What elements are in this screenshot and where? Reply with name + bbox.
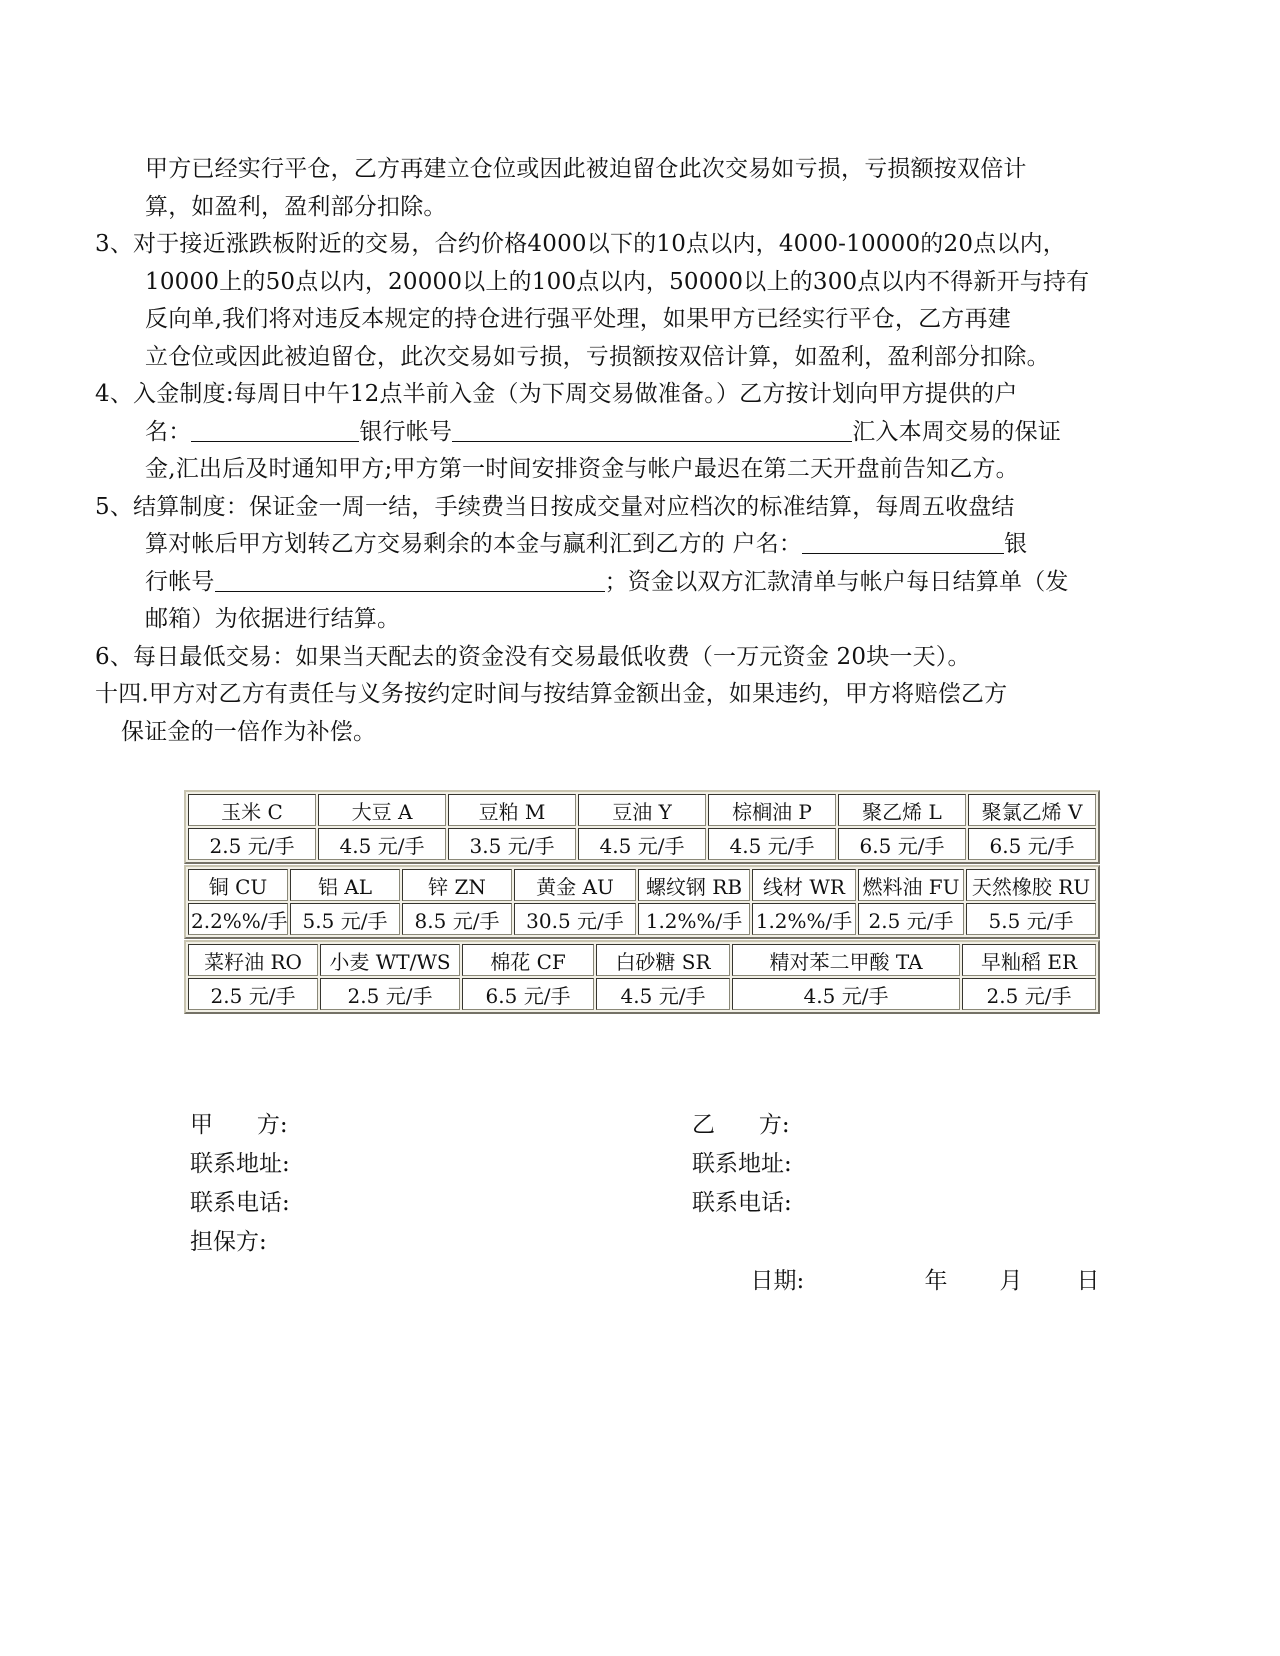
- party-b-phone-label: 联系电话:: [692, 1184, 1100, 1223]
- party-a-phone-label: 联系电话:: [190, 1184, 290, 1223]
- table-cell: 锌 ZN: [402, 869, 512, 901]
- table-cell: 精对苯二甲酸 TA: [732, 944, 960, 976]
- text-fragment: 银: [1004, 531, 1027, 557]
- party-b-column: 乙 方: 联系地址: 联系电话: 日期:年月日: [692, 1106, 1100, 1262]
- table-cell: 8.5 元/手: [402, 903, 512, 935]
- table-cell: 6.5 元/手: [462, 978, 594, 1010]
- table-cell: 菜籽油 RO: [188, 944, 318, 976]
- table-row-contract-names: 菜籽油 RO 小麦 WT/WS 棉花 CF 白砂糖 SR 精对苯二甲酸 TA 早…: [188, 944, 1096, 976]
- table-cell: 2.5 元/手: [320, 978, 460, 1010]
- party-a-label: 甲 方:: [190, 1106, 290, 1145]
- table-cell: 棉花 CF: [462, 944, 594, 976]
- table-cell: 4.5 元/手: [596, 978, 730, 1010]
- clause-4-deposit: 4、入金制度:每周日中午12点半前入金（为下周交易做准备。）乙方按计划向甲方提供…: [95, 376, 1105, 489]
- article-14-withdrawal: 十四.甲方对乙方有责任与义务按约定时间与按结算金额出金，如果违约，甲方将赔偿乙方…: [95, 676, 1105, 751]
- table-row-fees: 2.2%%/手 5.5 元/手 8.5 元/手 30.5 元/手 1.2%%/手…: [188, 903, 1096, 935]
- table-cell: 聚乙烯 L: [838, 794, 966, 826]
- bank-account-label: 银行帐号: [359, 419, 452, 445]
- table-cell: 2.5 元/手: [188, 978, 318, 1010]
- text-line: 4、入金制度:每周日中午12点半前入金（为下周交易做准备。）乙方按计划向甲方提供…: [95, 376, 1105, 414]
- clause-3-limit-trading: 3、对于接近涨跌板附近的交易，合约价格4000以下的10点以内，4000-100…: [95, 226, 1105, 376]
- text-line: 立仓位或因此被迫留仓，此次交易如亏损，亏损额按双倍计算，如盈利，盈利部分扣除。: [95, 339, 1105, 377]
- table-cell: 豆粕 M: [448, 794, 576, 826]
- table-cell: 5.5 元/手: [966, 903, 1096, 935]
- year-label: 年: [925, 1262, 1000, 1301]
- table-cell: 豆油 Y: [578, 794, 706, 826]
- clause-6-minimum-trade: 6、每日最低交易：如果当天配去的资金没有交易最低收费（一万元资金 20块一天）。: [95, 639, 1105, 677]
- month-label: 月: [1000, 1262, 1077, 1301]
- table-cell: 1.2%%/手: [752, 903, 856, 935]
- table-cell: 30.5 元/手: [514, 903, 636, 935]
- guarantor-label: 担保方:: [190, 1223, 290, 1262]
- table-cell: 铝 AL: [290, 869, 400, 901]
- table-cell: 6.5 元/手: [838, 828, 966, 860]
- party-a-address-label: 联系地址:: [190, 1145, 290, 1184]
- table-cell: 4.5 元/手: [708, 828, 836, 860]
- table-cell: 2.2%%/手: [188, 903, 288, 935]
- date-row: 日期:年月日: [692, 1223, 1100, 1262]
- table-cell: 螺纹钢 RB: [638, 869, 750, 901]
- table-cell: 早籼稻 ER: [962, 944, 1096, 976]
- contract-page: 甲方已经实行平仓，乙方再建立仓位或因此被迫留仓此次交易如亏损，亏损额按双倍计 算…: [0, 0, 1280, 1656]
- text-line: 3、对于接近涨跌板附近的交易，合约价格4000以下的10点以内，4000-100…: [95, 226, 1105, 264]
- table-cell: 2.5 元/手: [858, 903, 964, 935]
- table-cell: 聚氯乙烯 V: [968, 794, 1096, 826]
- account-name-blank[interactable]: [191, 417, 359, 442]
- text-line: 金,汇出后及时通知甲方;甲方第一时间安排资金与帐户最迟在第二天开盘前告知乙方。: [95, 451, 1105, 489]
- table-cell: 5.5 元/手: [290, 903, 400, 935]
- table-cell: 2.5 元/手: [188, 828, 316, 860]
- table-cell: 3.5 元/手: [448, 828, 576, 860]
- account-name-label: 名：: [145, 419, 191, 445]
- party-a-column: 甲 方: 联系地址: 联系电话: 担保方:: [190, 1106, 290, 1262]
- commission-fee-tables: 玉米 C 大豆 A 豆粕 M 豆油 Y 棕榈油 P 聚乙烯 L 聚氯乙烯 V 2…: [184, 790, 1100, 1015]
- table-cell: 4.5 元/手: [318, 828, 446, 860]
- account-name-blank[interactable]: [802, 529, 1004, 554]
- table-cell: 铜 CU: [188, 869, 288, 901]
- table-cell: 6.5 元/手: [968, 828, 1096, 860]
- text-line: 算对帐后甲方划转乙方交易剩余的本金与赢利汇到乙方的 户名：银: [95, 526, 1105, 564]
- table-cell: 玉米 C: [188, 794, 316, 826]
- fee-table-agricultural: 玉米 C 大豆 A 豆粕 M 豆油 Y 棕榈油 P 聚乙烯 L 聚氯乙烯 V 2…: [184, 790, 1100, 864]
- fee-table-softs: 菜籽油 RO 小麦 WT/WS 棉花 CF 白砂糖 SR 精对苯二甲酸 TA 早…: [184, 940, 1100, 1014]
- table-row-contract-names: 铜 CU 铝 AL 锌 ZN 黄金 AU 螺纹钢 RB 线材 WR 燃料油 FU…: [188, 869, 1096, 901]
- text-fragment: ；资金以双方汇款清单与帐户每日结算单（发: [605, 569, 1069, 595]
- bank-account-label: 行帐号: [145, 569, 215, 595]
- table-cell: 白砂糖 SR: [596, 944, 730, 976]
- table-cell: 4.5 元/手: [732, 978, 960, 1010]
- text-line: 甲方已经实行平仓，乙方再建立仓位或因此被迫留仓此次交易如亏损，亏损额按双倍计: [95, 151, 1105, 189]
- table-cell: 棕榈油 P: [708, 794, 836, 826]
- bank-account-blank[interactable]: [452, 417, 852, 442]
- clause-continuation: 甲方已经实行平仓，乙方再建立仓位或因此被迫留仓此次交易如亏损，亏损额按双倍计 算…: [95, 151, 1105, 226]
- table-cell: 燃料油 FU: [858, 869, 964, 901]
- text-line: 5、结算制度：保证金一周一结，手续费当日按成交量对应档次的标准结算，每周五收盘结: [95, 489, 1105, 527]
- text-line: 保证金的一倍作为补偿。: [95, 714, 1105, 752]
- text-line: 6、每日最低交易：如果当天配去的资金没有交易最低收费（一万元资金 20块一天）。: [95, 639, 1105, 677]
- clause-5-settlement: 5、结算制度：保证金一周一结，手续费当日按成交量对应档次的标准结算，每周五收盘结…: [95, 489, 1105, 639]
- table-cell: 小麦 WT/WS: [320, 944, 460, 976]
- party-b-label: 乙 方:: [692, 1106, 1100, 1145]
- contract-body: 甲方已经实行平仓，乙方再建立仓位或因此被迫留仓此次交易如亏损，亏损额按双倍计 算…: [95, 151, 1105, 751]
- text-line: 10000上的50点以内，20000以上的100点以内，50000以上的300点…: [95, 264, 1105, 302]
- fee-table-metals-energy: 铜 CU 铝 AL 锌 ZN 黄金 AU 螺纹钢 RB 线材 WR 燃料油 FU…: [184, 865, 1100, 939]
- table-cell: 4.5 元/手: [578, 828, 706, 860]
- table-row-contract-names: 玉米 C 大豆 A 豆粕 M 豆油 Y 棕榈油 P 聚乙烯 L 聚氯乙烯 V: [188, 794, 1096, 826]
- text-line: 十四.甲方对乙方有责任与义务按约定时间与按结算金额出金，如果违约，甲方将赔偿乙方: [95, 676, 1105, 714]
- text-line: 名：银行帐号汇入本周交易的保证: [95, 414, 1105, 452]
- table-cell: 天然橡胶 RU: [966, 869, 1096, 901]
- text-fragment: 汇入本周交易的保证: [852, 419, 1061, 445]
- date-label: 日期:: [751, 1262, 925, 1301]
- table-row-fees: 2.5 元/手 4.5 元/手 3.5 元/手 4.5 元/手 4.5 元/手 …: [188, 828, 1096, 860]
- bank-account-blank[interactable]: [215, 567, 605, 592]
- table-cell: 1.2%%/手: [638, 903, 750, 935]
- text-line: 行帐号；资金以双方汇款清单与帐户每日结算单（发: [95, 564, 1105, 602]
- table-cell: 线材 WR: [752, 869, 856, 901]
- table-row-fees: 2.5 元/手 2.5 元/手 6.5 元/手 4.5 元/手 4.5 元/手 …: [188, 978, 1096, 1010]
- table-cell: 黄金 AU: [514, 869, 636, 901]
- text-fragment: 算对帐后甲方划转乙方交易剩余的本金与赢利汇到乙方的 户名：: [145, 531, 802, 557]
- text-line: 反向单,我们将对违反本规定的持仓进行强平处理，如果甲方已经实行平仓，乙方再建: [95, 301, 1105, 339]
- text-line: 邮箱）为依据进行结算。: [95, 601, 1105, 639]
- text-line: 算，如盈利，盈利部分扣除。: [95, 189, 1105, 227]
- table-cell: 2.5 元/手: [962, 978, 1096, 1010]
- party-b-address-label: 联系地址:: [692, 1145, 1100, 1184]
- day-label: 日: [1077, 1262, 1100, 1301]
- table-cell: 大豆 A: [318, 794, 446, 826]
